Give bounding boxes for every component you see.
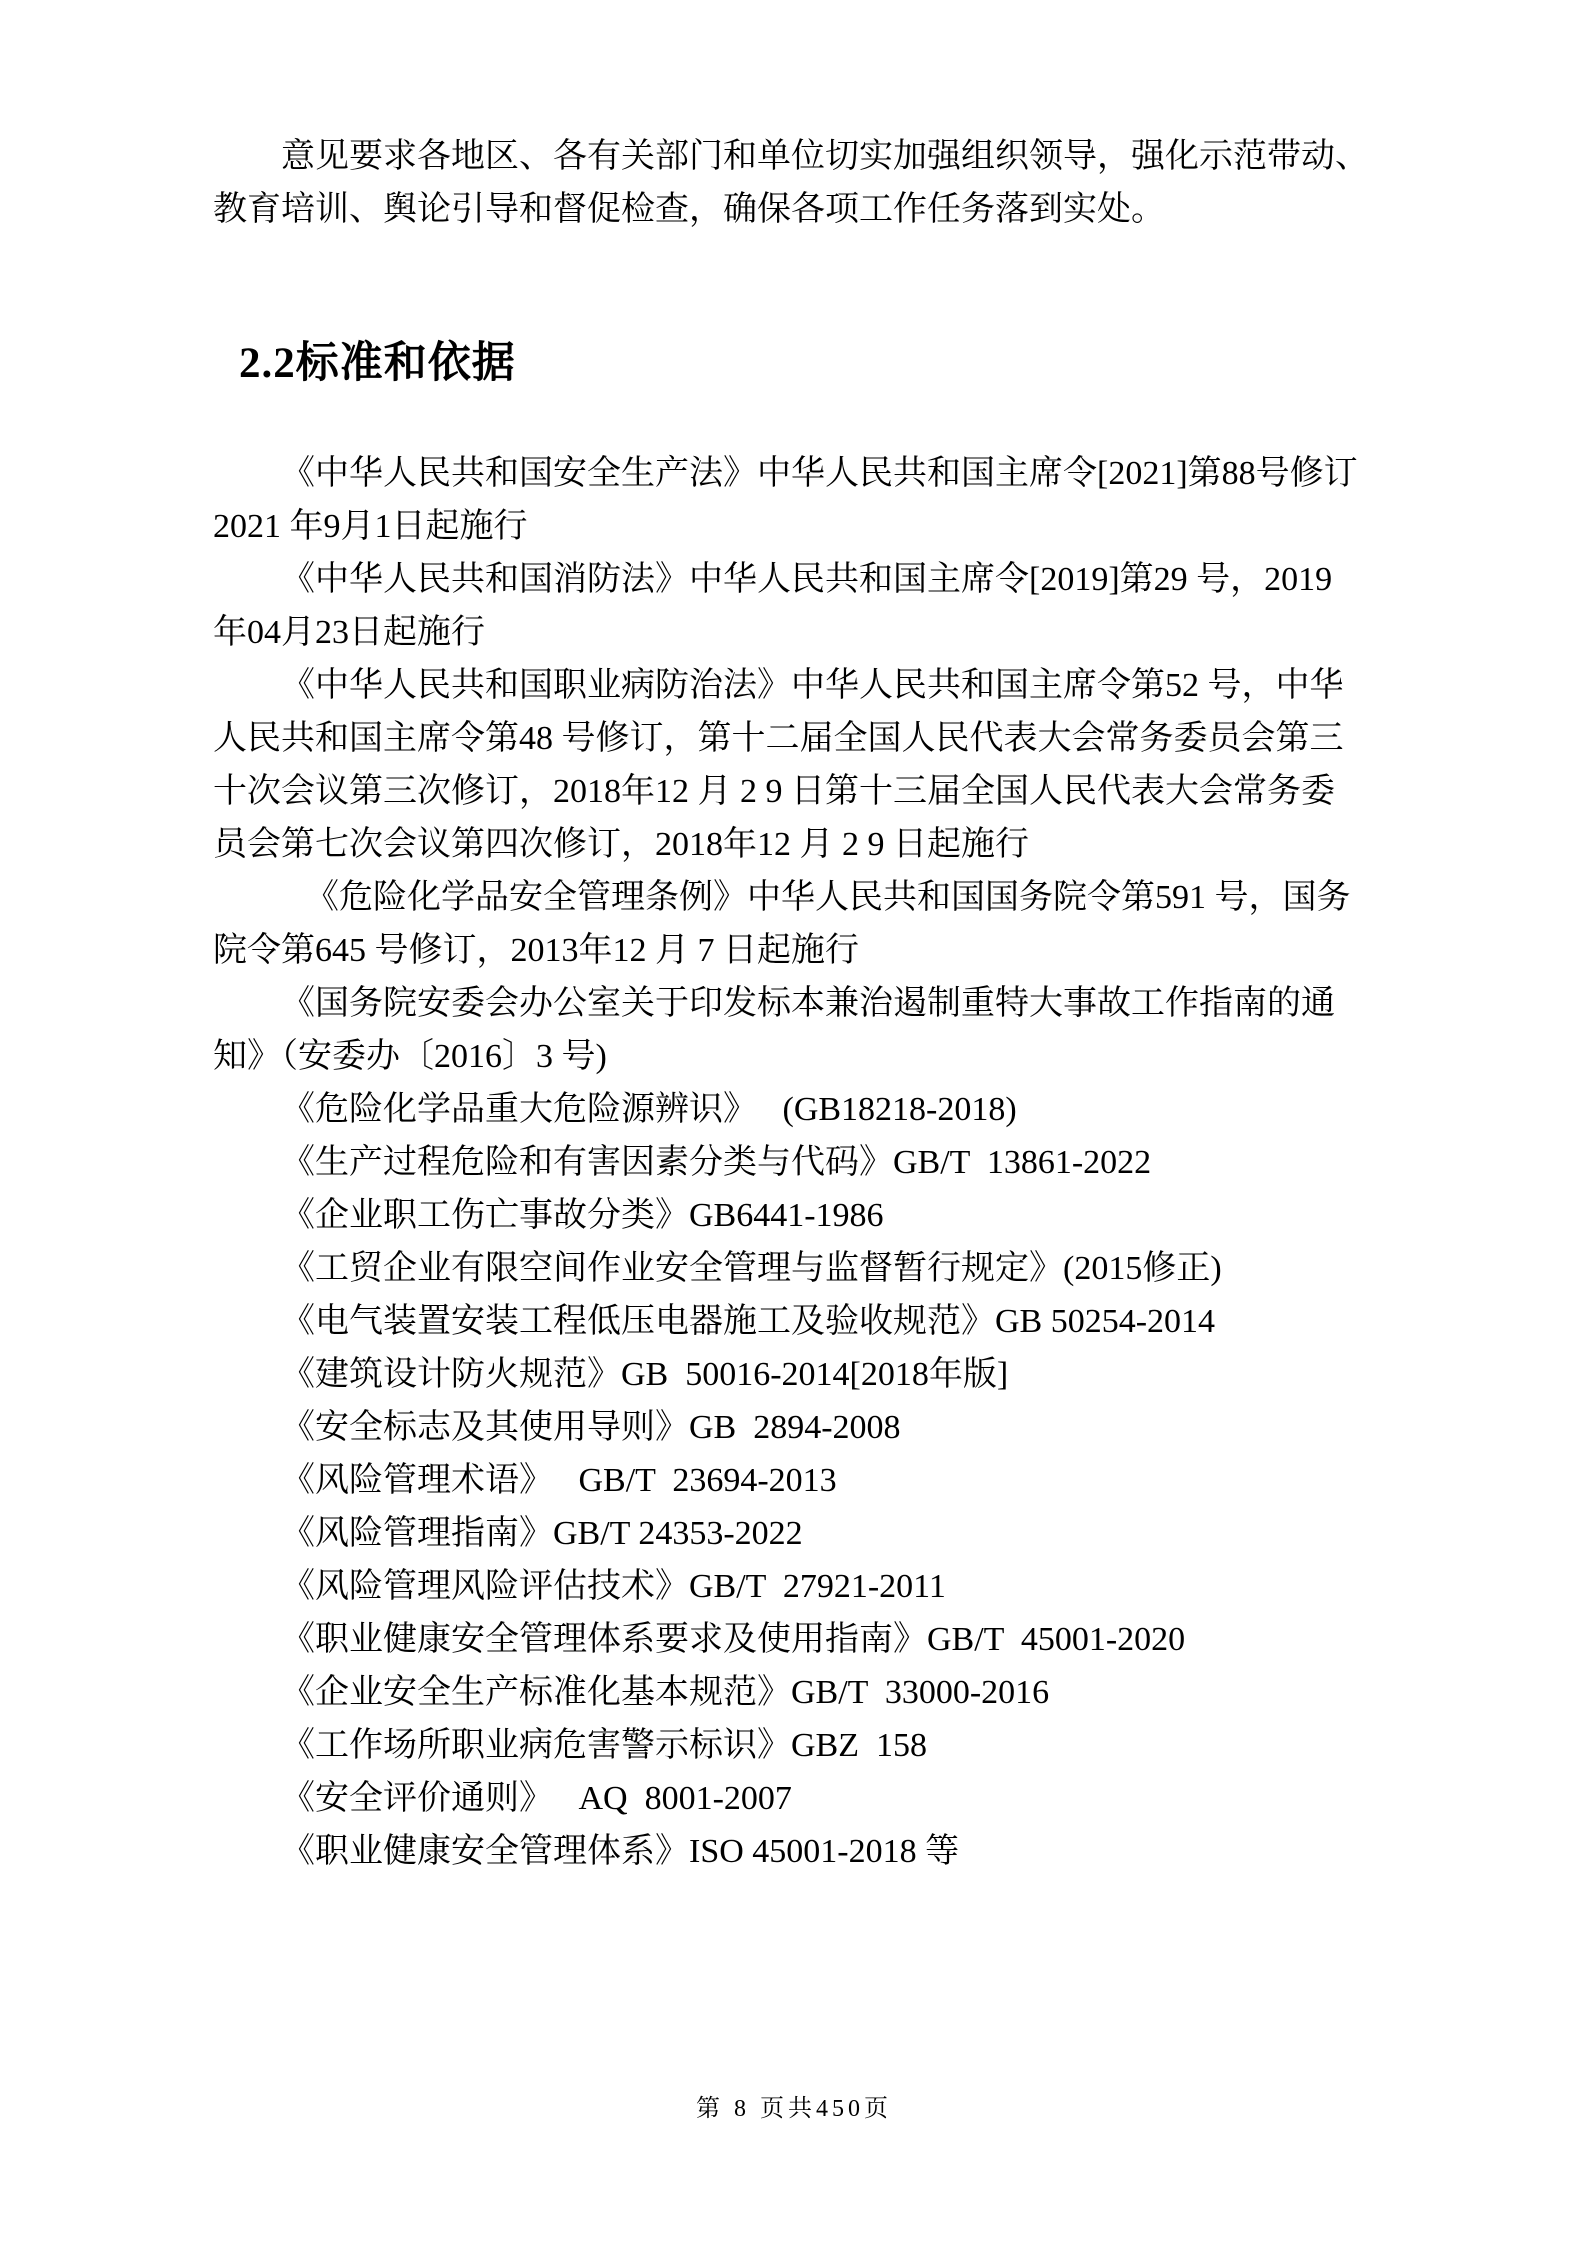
text-line: 《危险化学品安全管理条例》中华人民共和国国务院令第591 号，国务 (213, 871, 1420, 924)
text-line: 《中华人民共和国消防法》中华人民共和国主席令[2019]第29 号，2019 (213, 553, 1420, 606)
text-line: 《风险管理风险评估技术》GB/T 27921-2011 (213, 1560, 1420, 1613)
text-line: 教育培训、舆论引导和督促检查，确保各项工作任务落到实处。 (213, 183, 1420, 236)
text-line: 《安全评价通则》 AQ 8001-2007 (213, 1772, 1420, 1825)
text-line: 《生产过程危险和有害因素分类与代码》GB/T 13861-2022 (213, 1136, 1420, 1189)
intro-paragraph: 意见要求各地区、各有关部门和单位切实加强组织领导，强化示范带动、 教育培训、舆论… (213, 130, 1420, 236)
section-heading: 2.2标准和依据 (239, 338, 1420, 390)
standard-item: 《工贸企业有限空间作业安全管理与监督暂行规定》(2015修正) (213, 1242, 1420, 1295)
text-line: 员会第七次会议第四次修订，2018年12 月 2 9 日起施行 (213, 818, 1420, 871)
text-line: 《建筑设计防火规范》GB 50016-2014[2018年版] (213, 1348, 1420, 1401)
standard-item: 《国务院安委会办公室关于印发标本兼治遏制重特大事故工作指南的通 知》（安委办〔2… (213, 977, 1420, 1083)
text-line: 《职业健康安全管理体系要求及使用指南》GB/T 45001-2020 (213, 1613, 1420, 1666)
text-line: 《风险管理术语》 GB/T 23694-2013 (213, 1454, 1420, 1507)
page-content: 意见要求各地区、各有关部门和单位切实加强组织领导，强化示范带动、 教育培训、舆论… (0, 0, 1588, 1878)
text-line: 院令第645 号修订，2013年12 月 7 日起施行 (213, 924, 1420, 977)
standard-item: 《企业安全生产标准化基本规范》GB/T 33000-2016 (213, 1666, 1420, 1719)
text-line: 《工作场所职业病危害警示标识》GBZ 158 (213, 1719, 1420, 1772)
text-line: 2021 年9月1日起施行 (213, 500, 1420, 553)
text-line: 《企业安全生产标准化基本规范》GB/T 33000-2016 (213, 1666, 1420, 1719)
text-line: 《危险化学品重大危险源辨识》 (GB18218-2018) (213, 1083, 1420, 1136)
text-line: 《风险管理指南》GB/T 24353-2022 (213, 1507, 1420, 1560)
standard-item: 《职业健康安全管理体系》ISO 45001-2018 等 (213, 1825, 1420, 1878)
text-line: 年04月23日起施行 (213, 606, 1420, 659)
text-line: 意见要求各地区、各有关部门和单位切实加强组织领导，强化示范带动、 (213, 130, 1420, 183)
text-line: 十次会议第三次修订，2018年12 月 2 9 日第十三届全国人民代表大会常务委 (213, 765, 1420, 818)
standard-item: 《企业职工伤亡事故分类》GB6441-1986 (213, 1189, 1420, 1242)
standard-item: 《中华人民共和国安全生产法》中华人民共和国主席令[2021]第88号修订 202… (213, 447, 1420, 553)
standard-item: 《中华人民共和国消防法》中华人民共和国主席令[2019]第29 号，2019 年… (213, 553, 1420, 659)
text-line: 人民共和国主席令第48 号修订，第十二届全国人民代表大会常务委员会第三 (213, 712, 1420, 765)
standard-item: 《风险管理风险评估技术》GB/T 27921-2011 (213, 1560, 1420, 1613)
standard-item: 《风险管理术语》 GB/T 23694-2013 (213, 1454, 1420, 1507)
standards-list: 《中华人民共和国安全生产法》中华人民共和国主席令[2021]第88号修订 202… (213, 447, 1420, 1878)
text-line: 《企业职工伤亡事故分类》GB6441-1986 (213, 1189, 1420, 1242)
standard-item: 《电气装置安装工程低压电器施工及验收规范》GB 50254-2014 (213, 1295, 1420, 1348)
text-line: 《电气装置安装工程低压电器施工及验收规范》GB 50254-2014 (213, 1295, 1420, 1348)
text-line: 知》（安委办〔2016〕3 号) (213, 1030, 1420, 1083)
standard-item: 《风险管理指南》GB/T 24353-2022 (213, 1507, 1420, 1560)
standard-item: 《中华人民共和国职业病防治法》中华人民共和国主席令第52 号，中华 人民共和国主… (213, 659, 1420, 871)
standard-item: 《危险化学品重大危险源辨识》 (GB18218-2018) (213, 1083, 1420, 1136)
standard-item: 《安全评价通则》 AQ 8001-2007 (213, 1772, 1420, 1825)
text-line: 《安全标志及其使用导则》GB 2894-2008 (213, 1401, 1420, 1454)
text-line: 《工贸企业有限空间作业安全管理与监督暂行规定》(2015修正) (213, 1242, 1420, 1295)
page-number: 第 8 页共450页 (696, 2096, 892, 2122)
text-line: 《中华人民共和国职业病防治法》中华人民共和国主席令第52 号，中华 (213, 659, 1420, 712)
standard-item: 《生产过程危险和有害因素分类与代码》GB/T 13861-2022 (213, 1136, 1420, 1189)
standard-item: 《危险化学品安全管理条例》中华人民共和国国务院令第591 号，国务 院令第645… (213, 871, 1420, 977)
text-line: 《中华人民共和国安全生产法》中华人民共和国主席令[2021]第88号修订 (213, 447, 1420, 500)
standard-item: 《建筑设计防火规范》GB 50016-2014[2018年版] (213, 1348, 1420, 1401)
standard-item: 《职业健康安全管理体系要求及使用指南》GB/T 45001-2020 (213, 1613, 1420, 1666)
document-page: 意见要求各地区、各有关部门和单位切实加强组织领导，强化示范带动、 教育培训、舆论… (0, 0, 1588, 2245)
standard-item: 《安全标志及其使用导则》GB 2894-2008 (213, 1401, 1420, 1454)
page-footer: 第 8 页共450页 (0, 2088, 1588, 2123)
text-line: 《国务院安委会办公室关于印发标本兼治遏制重特大事故工作指南的通 (213, 977, 1420, 1030)
text-line: 《职业健康安全管理体系》ISO 45001-2018 等 (213, 1825, 1420, 1878)
standard-item: 《工作场所职业病危害警示标识》GBZ 158 (213, 1719, 1420, 1772)
